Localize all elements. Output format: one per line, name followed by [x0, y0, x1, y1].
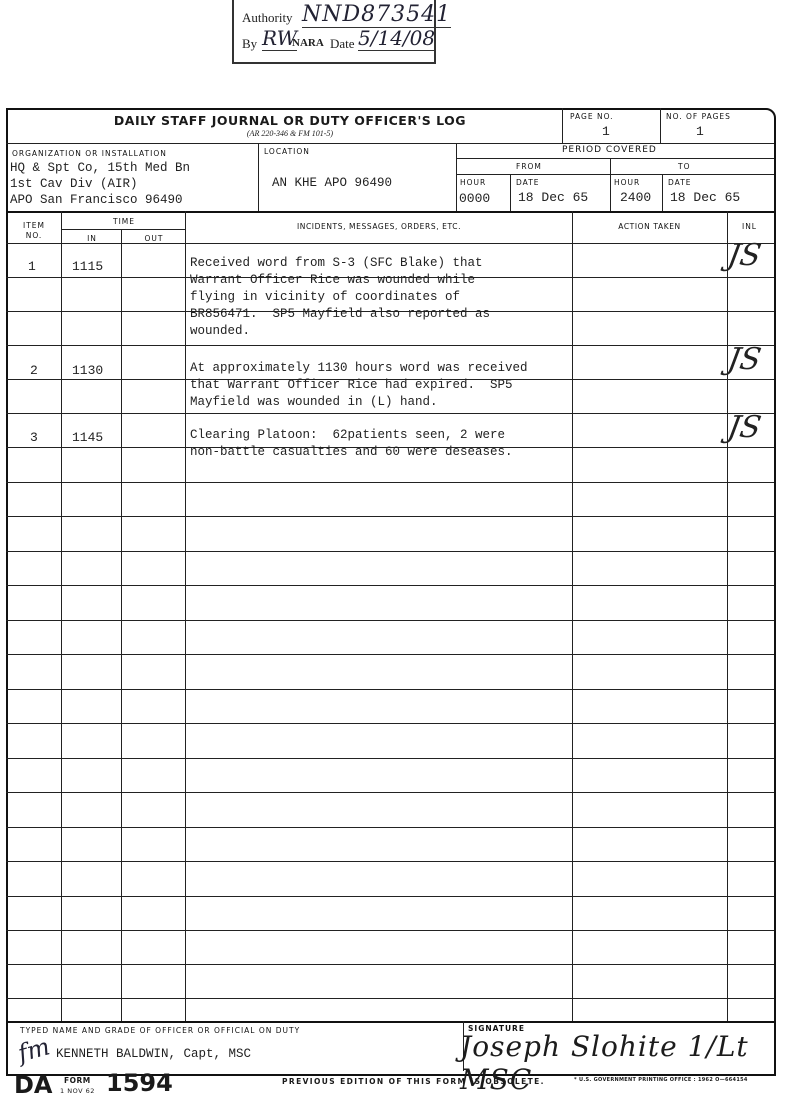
divider	[6, 211, 774, 213]
num-pages-label: NO. OF PAGES	[666, 112, 731, 121]
from-hour-value: 0000	[459, 191, 490, 206]
from-date-value: 18 Dec 65	[518, 190, 588, 205]
row-line	[6, 723, 774, 724]
divider	[258, 143, 259, 211]
initials-signature: JS	[725, 238, 764, 273]
from-hour-label: HOUR	[460, 178, 486, 187]
printing-office-note: * U.S. GOVERNMENT PRINTING OFFICE : 1962…	[574, 1077, 748, 1083]
divider	[456, 158, 774, 159]
column-divider	[61, 211, 62, 1022]
time-in: 1115	[72, 259, 103, 274]
to-hour-value: 2400	[620, 190, 651, 205]
row-line	[6, 620, 774, 621]
officer-name: KENNETH BALDWIN, Capt, MSC	[56, 1047, 251, 1061]
incident-text: At approximately 1130 hours word was rec…	[190, 360, 528, 411]
column-divider	[185, 211, 186, 1022]
incident-text: Received word from S-3 (SFC Blake) that …	[190, 255, 490, 340]
from-label: FROM	[516, 162, 542, 171]
row-line	[6, 827, 774, 828]
initials-signature: JS	[725, 410, 764, 445]
item-no-header: ITEM NO.	[14, 221, 54, 241]
divider	[660, 108, 661, 144]
organization-line: HQ & Spt Co, 15th Med Bn	[10, 160, 190, 176]
organization-line: 1st Cav Div (AIR)	[10, 176, 190, 192]
row-line	[6, 243, 774, 244]
to-date-label: DATE	[668, 178, 692, 187]
divider	[610, 158, 611, 211]
initials-signature: JS	[725, 342, 764, 377]
inl-header: INL	[727, 222, 772, 231]
form-subtitle: (AR 220-346 & FM 101-5)	[60, 129, 520, 138]
period-covered-label: PERIOD COVERED	[562, 145, 657, 155]
form-word: FORM	[64, 1076, 91, 1085]
row-line	[6, 413, 774, 414]
divider	[456, 143, 457, 211]
action-taken-header: ACTION TAKEN	[572, 222, 727, 231]
by-label: By	[242, 36, 257, 52]
divider	[662, 174, 663, 211]
organization-label: ORGANIZATION OR INSTALLATION	[12, 149, 167, 158]
row-line	[6, 758, 774, 759]
previous-edition-note: PREVIOUS EDITION OF THIS FORM IS OBSOLET…	[282, 1077, 545, 1086]
from-date-label: DATE	[516, 178, 540, 187]
divider	[456, 174, 774, 175]
row-line	[6, 861, 774, 862]
officer-label: TYPED NAME AND GRADE OF OFFICER OR OFFIC…	[20, 1026, 300, 1035]
form-date: 1 NOV 62	[60, 1087, 95, 1095]
organization-value: HQ & Spt Co, 15th Med Bn 1st Cav Div (AI…	[10, 160, 190, 208]
row-line	[6, 998, 774, 999]
column-divider	[572, 211, 573, 1022]
row-line	[6, 689, 774, 690]
item-number: 3	[30, 430, 38, 445]
row-line	[6, 585, 774, 586]
form-prefix: DA	[14, 1071, 53, 1099]
row-line	[6, 516, 774, 517]
item-number: 1	[28, 259, 36, 274]
item-number: 2	[30, 363, 38, 378]
column-divider	[121, 229, 122, 1022]
time-header: TIME	[64, 217, 184, 226]
time-out-header: OUT	[122, 234, 186, 243]
time-in-header: IN	[62, 234, 122, 243]
location-value: AN KHE APO 96490	[272, 176, 392, 190]
row-line	[6, 482, 774, 483]
row-line	[6, 964, 774, 965]
to-hour-label: HOUR	[614, 178, 640, 187]
page-no-label: PAGE NO.	[570, 112, 614, 121]
column-divider	[727, 211, 728, 1022]
authority-label: Authority	[242, 10, 293, 26]
incidents-header: INCIDENTS, MESSAGES, ORDERS, ETC.	[186, 222, 572, 231]
row-line	[6, 792, 774, 793]
location-label: LOCATION	[264, 147, 310, 156]
date-label: Date	[330, 36, 355, 52]
row-line	[6, 896, 774, 897]
declassification-stamp: Authority NND873541 By RW NARA Date 5/14…	[232, 0, 436, 64]
time-in: 1145	[72, 430, 103, 445]
divider	[562, 108, 563, 144]
row-line	[6, 654, 774, 655]
form-number: 1594	[106, 1069, 173, 1097]
to-date-value: 18 Dec 65	[670, 190, 740, 205]
row-line	[6, 345, 774, 346]
divider	[62, 229, 186, 230]
page-no-value: 1	[602, 124, 610, 139]
divider	[6, 143, 774, 144]
organization-line: APO San Francisco 96490	[10, 192, 190, 208]
row-line	[6, 930, 774, 931]
nara-label: NARA	[292, 37, 324, 49]
row-line	[6, 551, 774, 552]
row-line	[6, 1021, 774, 1023]
divider	[510, 174, 511, 211]
form-title: DAILY STAFF JOURNAL OR DUTY OFFICER'S LO…	[60, 113, 520, 128]
authority-value: NND873541	[302, 2, 451, 28]
signature: Joseph Slohite 1/Lt MSC	[460, 1030, 803, 1096]
num-pages-value: 1	[696, 124, 704, 139]
to-label: TO	[678, 162, 691, 171]
time-in: 1130	[72, 363, 103, 378]
date-value: 5/14/08	[358, 26, 435, 51]
incident-text: Clearing Platoon: 62patients seen, 2 wer…	[190, 427, 513, 461]
